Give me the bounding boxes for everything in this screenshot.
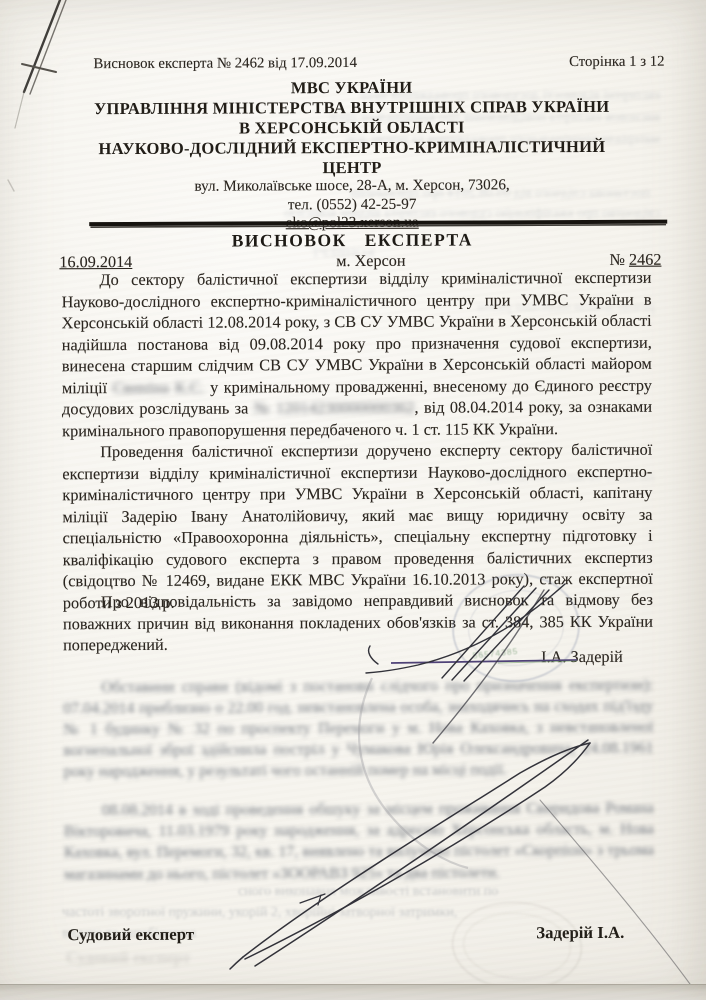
organization-header: МВС УКРАЇНИ УПРАВЛІННЯ МІНІСТЕРСТВА ВНУТ…: [27, 77, 677, 180]
scanned-document-page: експертні відомості досудового проваджен…: [0, 0, 706, 1000]
footer-expert-title: Судовий експерт: [67, 925, 194, 946]
org-line: УПРАВЛІННЯ МІНІСТЕРСТВА ВНУТРІШНІХ СПРАВ…: [27, 97, 677, 120]
org-line: МВС УКРАЇНИ: [27, 77, 677, 100]
document-title: ВИСНОВОК ЕКСПЕРТА: [0, 228, 705, 252]
paragraph-case-assignment: До сектору балістичної експертизи відділ…: [61, 267, 652, 442]
stamp-serial-digits: 56574385: [472, 646, 519, 661]
paragraph-case-circumstances-blurred: Обставини справи (відомі з постанови слі…: [63, 675, 653, 783]
paper-bottom-edge: [0, 984, 706, 1000]
paragraph-search-results-blurred: 08.08.2014 в ході проведення обшуку за м…: [64, 798, 654, 885]
paragraph-expert-credentials: Проведення балістичної експертизи доруче…: [62, 439, 653, 614]
page-meta-row: Висновок експерта № 2462 від 17.09.2014 …: [93, 54, 664, 73]
org-line: В ХЕРСОНСЬКІЙ ОБЛАСТІ: [27, 117, 677, 140]
redacted-case-number: № 12014230000000362: [254, 398, 415, 418]
redacted-name: Свиніна К.С.: [113, 377, 205, 396]
page-indicator: Сторінка 1 з 12: [569, 54, 665, 71]
org-line: НАУКОВО-ДОСЛІДНИЙ ЕКСПЕРТНО-КРИМІНАЛІСТИ…: [27, 137, 677, 160]
document-meta-title: Висновок експерта № 2462 від 17.09.2014: [93, 55, 357, 73]
